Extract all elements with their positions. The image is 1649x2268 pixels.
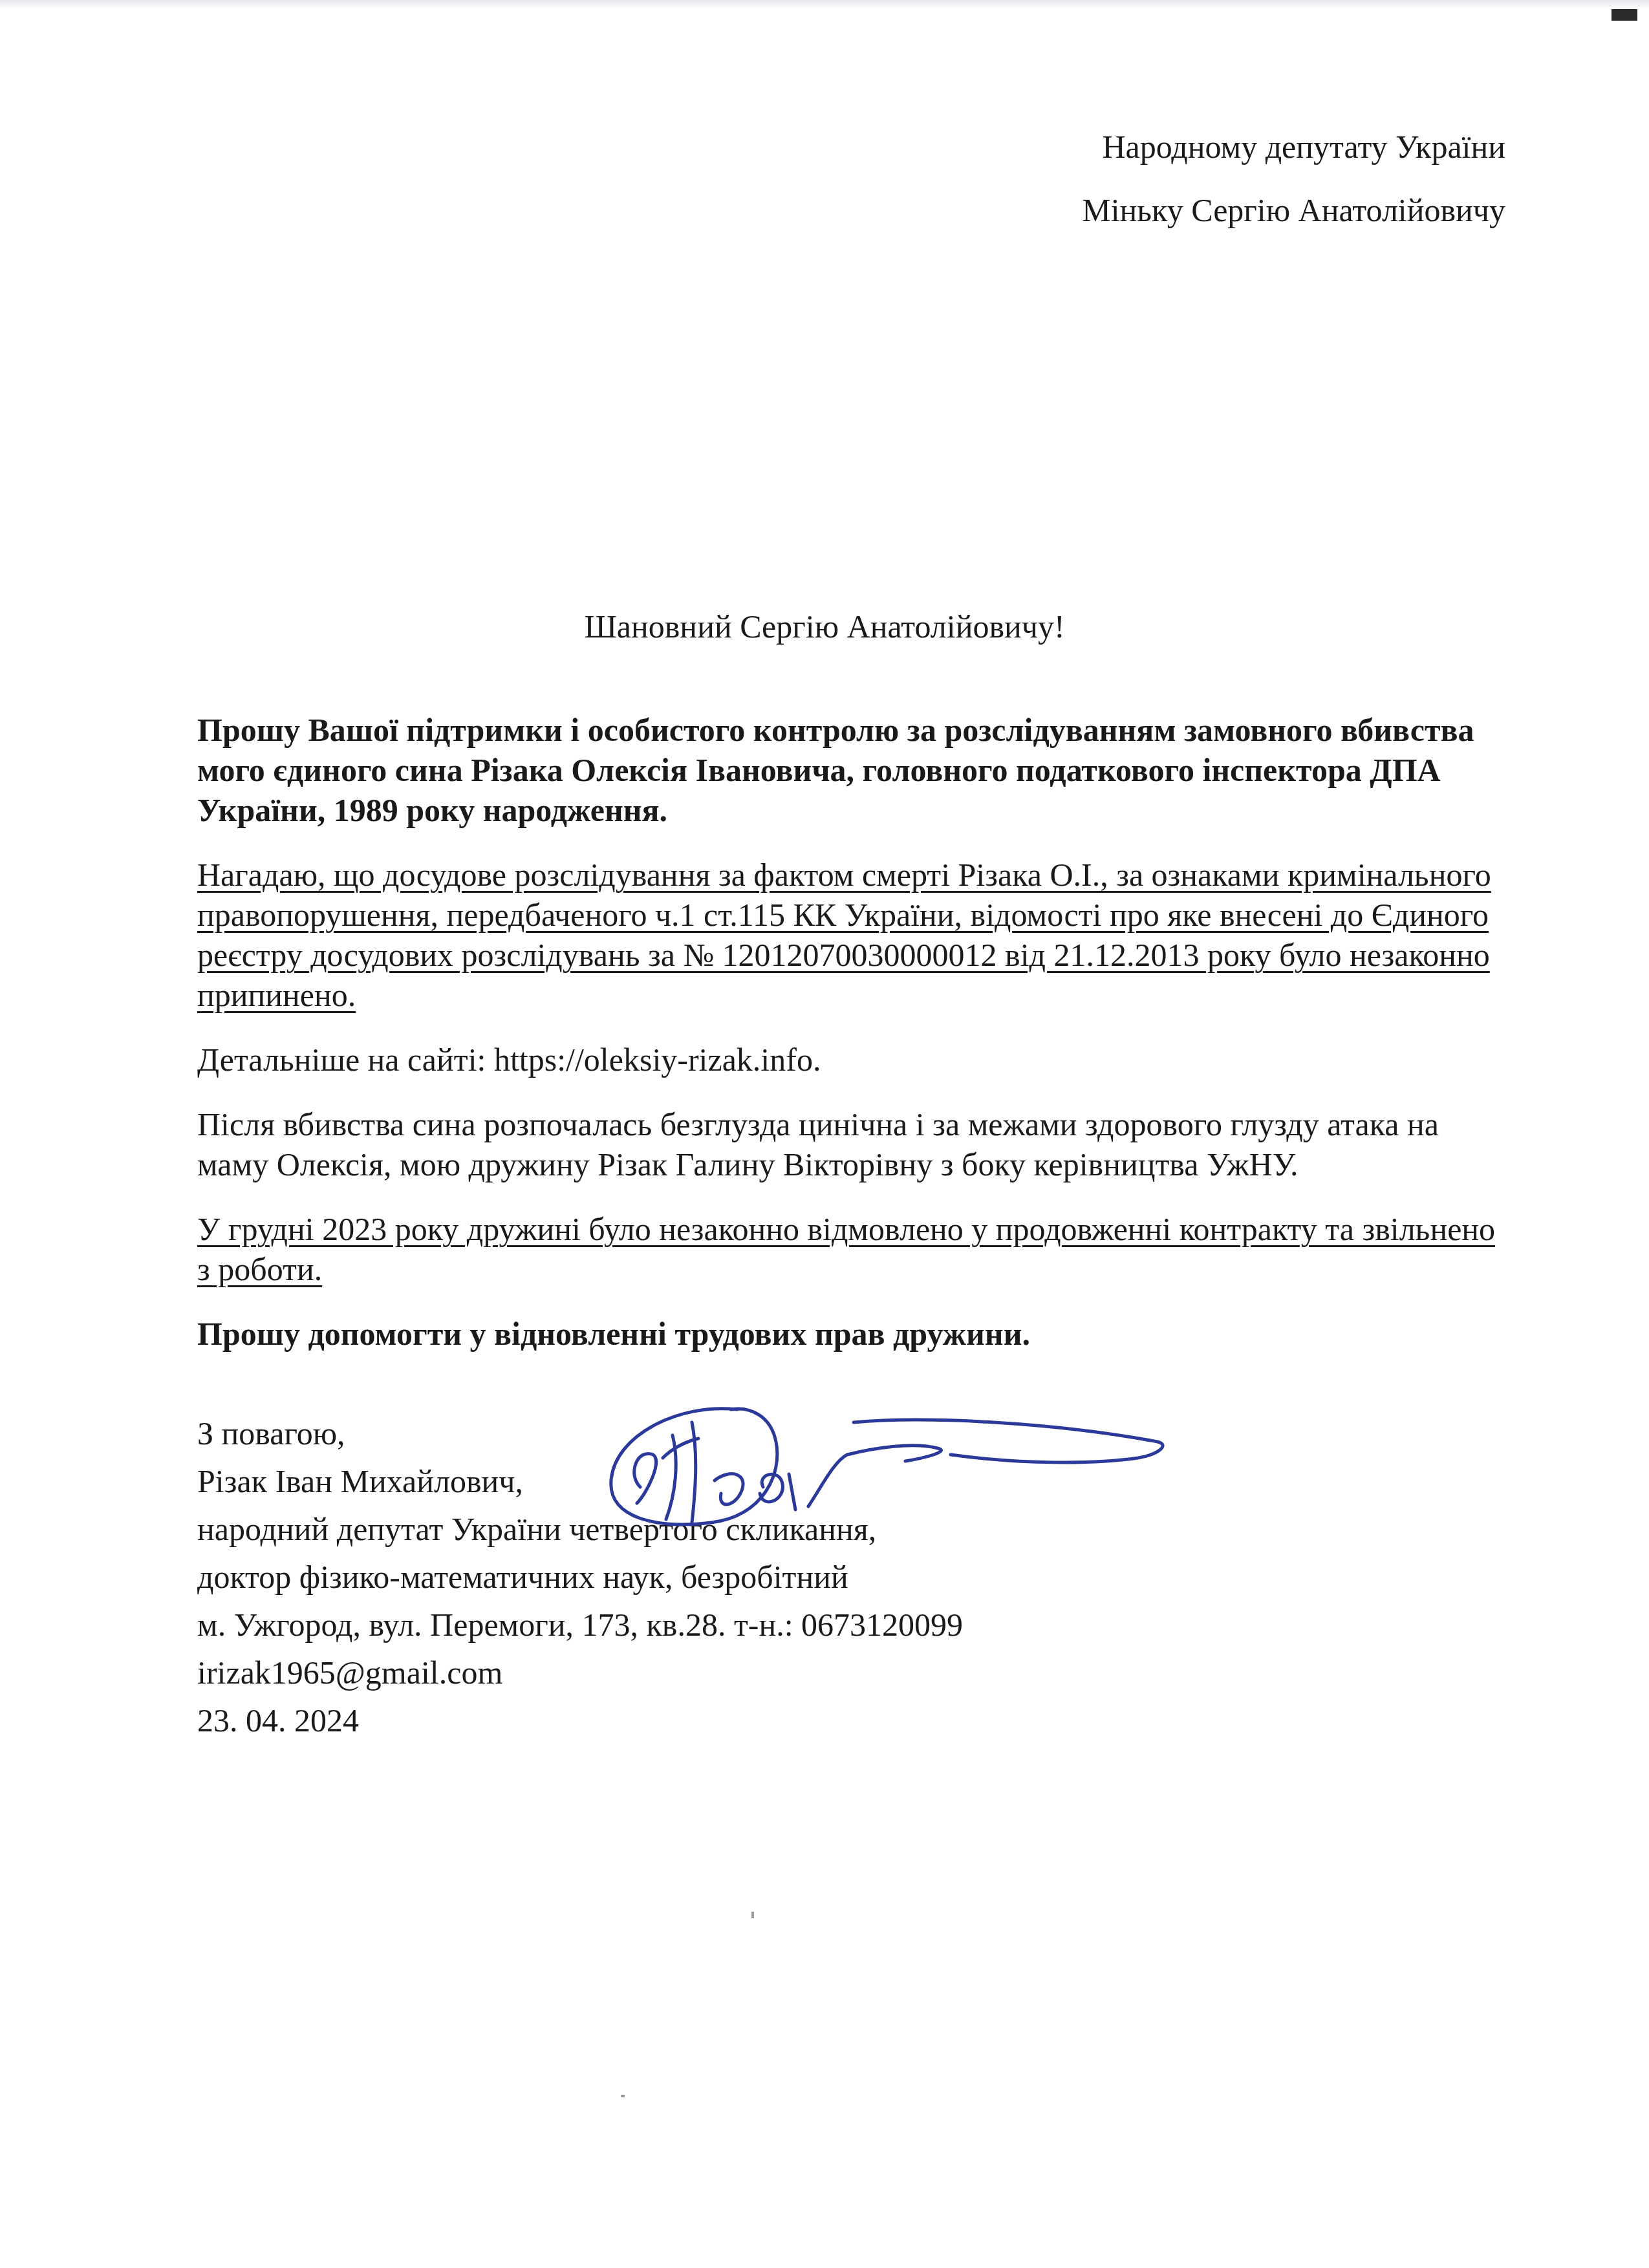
letter-body: Прошу Вашої підтримки і особистого контр… bbox=[197, 710, 1510, 1378]
letter-date: 23. 04. 2024 bbox=[197, 1696, 963, 1744]
request-paragraph: Прошу Вашої підтримки і особистого контр… bbox=[197, 710, 1510, 830]
addressee-line-1: Народному депутату України bbox=[1082, 115, 1505, 178]
signer-degree: доктор фізико-математичних наук, безробі… bbox=[197, 1553, 963, 1601]
reminder-paragraph: Нагадаю, що досудове розслідування за фа… bbox=[197, 855, 1510, 1015]
addressee-line-2: Міньку Сергію Анатолійовичу bbox=[1082, 178, 1505, 242]
scan-speck bbox=[751, 1912, 754, 1918]
website-paragraph: Детальніше на сайті: https://oleksiy-riz… bbox=[197, 1040, 1510, 1080]
signer-address: м. Ужгород, вул. Перемоги, 173, кв.28. т… bbox=[197, 1601, 963, 1649]
scan-edge bbox=[0, 0, 1649, 9]
attack-paragraph: Після вбивства сина розпочалась безглузд… bbox=[197, 1104, 1510, 1184]
salutation: Шановний Сергію Анатолійовичу! bbox=[0, 608, 1649, 645]
addressee-block: Народному депутату України Міньку Сергію… bbox=[1082, 115, 1505, 242]
signer-email: irizak1965@gmail.com bbox=[197, 1649, 963, 1696]
scan-mark bbox=[1611, 9, 1637, 21]
signature-icon bbox=[601, 1396, 1196, 1545]
dismissal-paragraph: У грудні 2023 року дружині було незаконн… bbox=[197, 1209, 1510, 1289]
scan-speck bbox=[621, 2095, 625, 2097]
final-request-paragraph: Прошу допомогти у відновленні трудових п… bbox=[197, 1314, 1510, 1354]
